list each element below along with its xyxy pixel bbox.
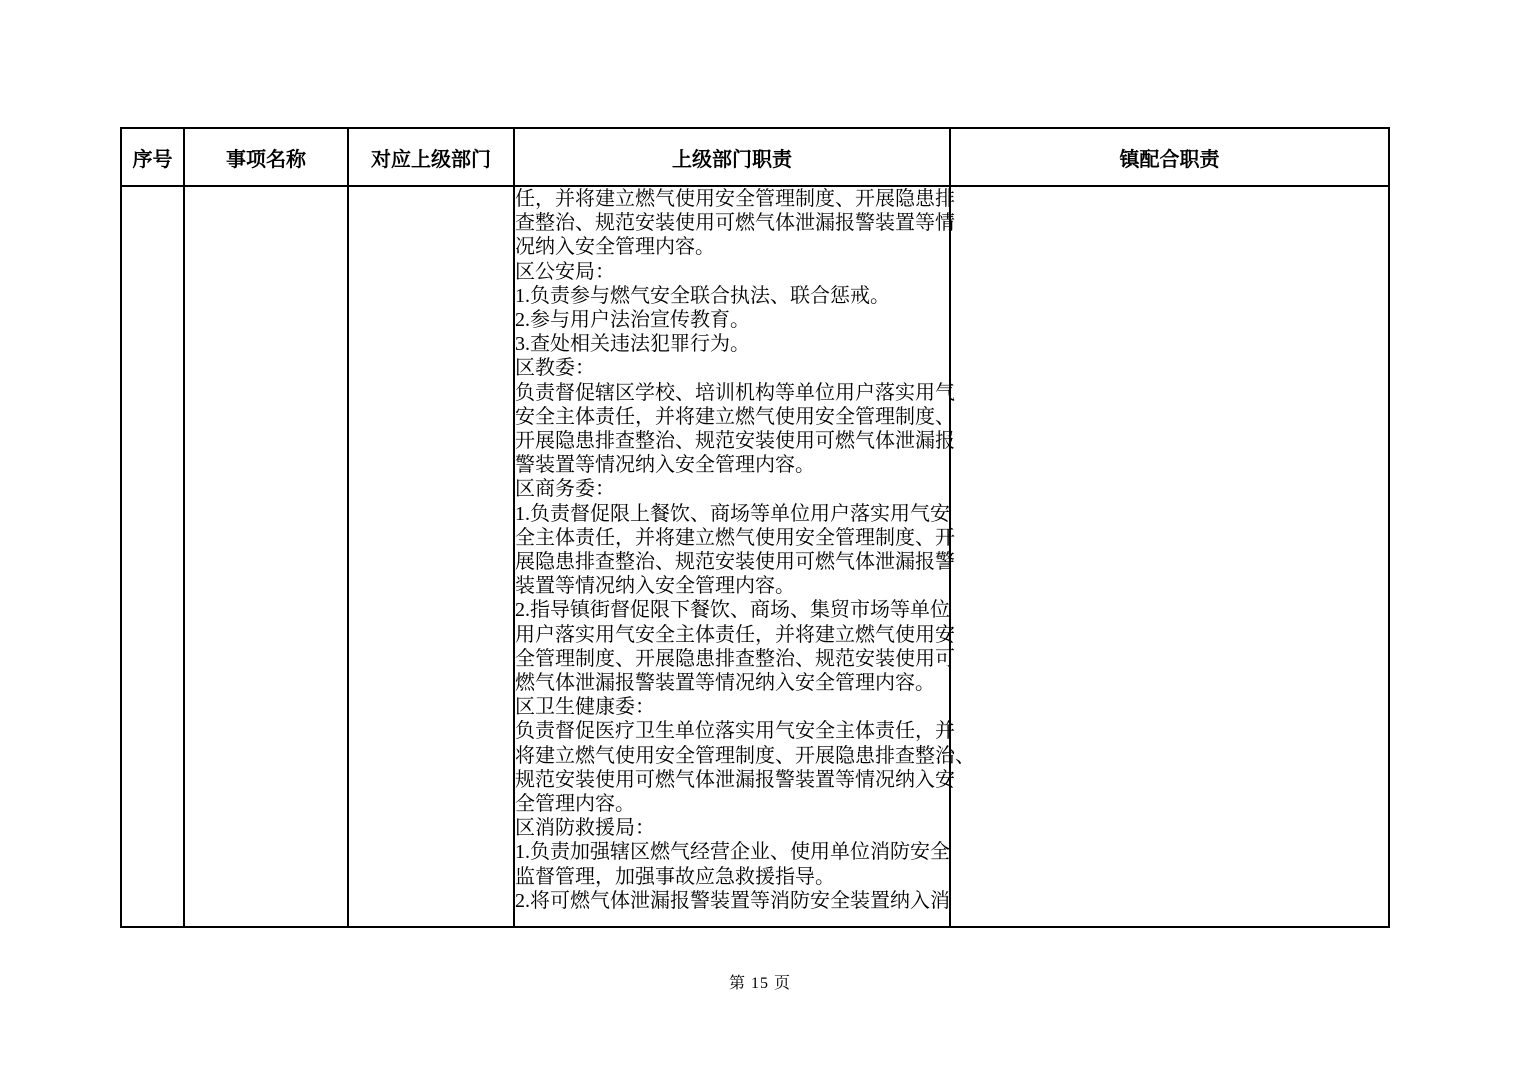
- duty-line: 警装置等情况纳入安全管理内容。: [515, 453, 949, 477]
- cell-superior-department: [348, 186, 514, 927]
- duty-line: 区卫生健康委：: [515, 695, 949, 719]
- table-header-row: 序号 事项名称 对应上级部门 上级部门职责 镇配合职责: [121, 128, 1389, 186]
- duty-line: 负责督促辖区学校、培训机构等单位用户落实用气: [515, 381, 949, 405]
- cell-seq: [121, 186, 184, 927]
- town-duty-cell: [950, 186, 1389, 927]
- responsibility-table: 序号 事项名称 对应上级部门 上级部门职责 镇配合职责 任，并将建立燃气使用安全…: [120, 127, 1390, 928]
- duty-line: 安全主体责任，并将建立燃气使用安全管理制度、: [515, 405, 949, 429]
- duty-line: 2.参与用户法治宣传教育。: [515, 308, 949, 332]
- duty-line: 查整治、规范安装使用可燃气体泄漏报警装置等情: [515, 211, 949, 235]
- duty-line: 区教委：: [515, 356, 949, 380]
- duty-line: 区商务委：: [515, 477, 949, 501]
- header-town-duty: 镇配合职责: [950, 128, 1389, 186]
- duty-line: 况纳入安全管理内容。: [515, 235, 949, 259]
- duty-line: 1.负责督促限上餐饮、商场等单位用户落实用气安: [515, 502, 949, 526]
- duty-line: 燃气体泄漏报警装置等情况纳入安全管理内容。: [515, 671, 949, 695]
- header-seq: 序号: [121, 128, 184, 186]
- duty-line: 监督管理，加强事故应急救援指导。: [515, 865, 949, 889]
- duty-line: 负责督促医疗卫生单位落实用气安全主体责任，并: [515, 719, 949, 743]
- duty-line: 全管理内容。: [515, 792, 949, 816]
- duty-line: 1.负责加强辖区燃气经营企业、使用单位消防安全: [515, 840, 949, 864]
- duty-line: 展隐患排查整治、规范安装使用可燃气体泄漏报警: [515, 550, 949, 574]
- duty-line: 装置等情况纳入安全管理内容。: [515, 574, 949, 598]
- header-superior-department: 对应上级部门: [348, 128, 514, 186]
- duty-line: 2.指导镇街督促限下餐饮、商场、集贸市场等单位: [515, 598, 949, 622]
- duty-line: 区消防救援局：: [515, 816, 949, 840]
- cell-item-name: [184, 186, 348, 927]
- duty-line: 区公安局：: [515, 260, 949, 284]
- duty-line: 2.将可燃气体泄漏报警装置等消防安全装置纳入消: [515, 889, 949, 913]
- duty-line: 全主体责任，并将建立燃气使用安全管理制度、开: [515, 526, 949, 550]
- superior-duty-cell: 任，并将建立燃气使用安全管理制度、开展隐患排查整治、规范安装使用可燃气体泄漏报警…: [514, 186, 950, 927]
- duty-line: 将建立燃气使用安全管理制度、开展隐患排查整治、: [515, 744, 949, 768]
- duty-line: 全管理制度、开展隐患排查整治、规范安装使用可: [515, 647, 949, 671]
- duty-line: 3.查处相关违法犯罪行为。: [515, 332, 949, 356]
- header-item-name: 事项名称: [184, 128, 348, 186]
- duty-line: 用户落实用气安全主体责任，并将建立燃气使用安: [515, 623, 949, 647]
- header-superior-duty: 上级部门职责: [514, 128, 950, 186]
- table-row: 任，并将建立燃气使用安全管理制度、开展隐患排查整治、规范安装使用可燃气体泄漏报警…: [121, 186, 1389, 927]
- page-number: 第 15 页: [0, 970, 1520, 993]
- duty-line: 规范安装使用可燃气体泄漏报警装置等情况纳入安: [515, 768, 949, 792]
- duty-line: 1.负责参与燃气安全联合执法、联合惩戒。: [515, 284, 949, 308]
- duty-line: 任，并将建立燃气使用安全管理制度、开展隐患排: [515, 187, 949, 211]
- duty-line: 开展隐患排查整治、规范安装使用可燃气体泄漏报: [515, 429, 949, 453]
